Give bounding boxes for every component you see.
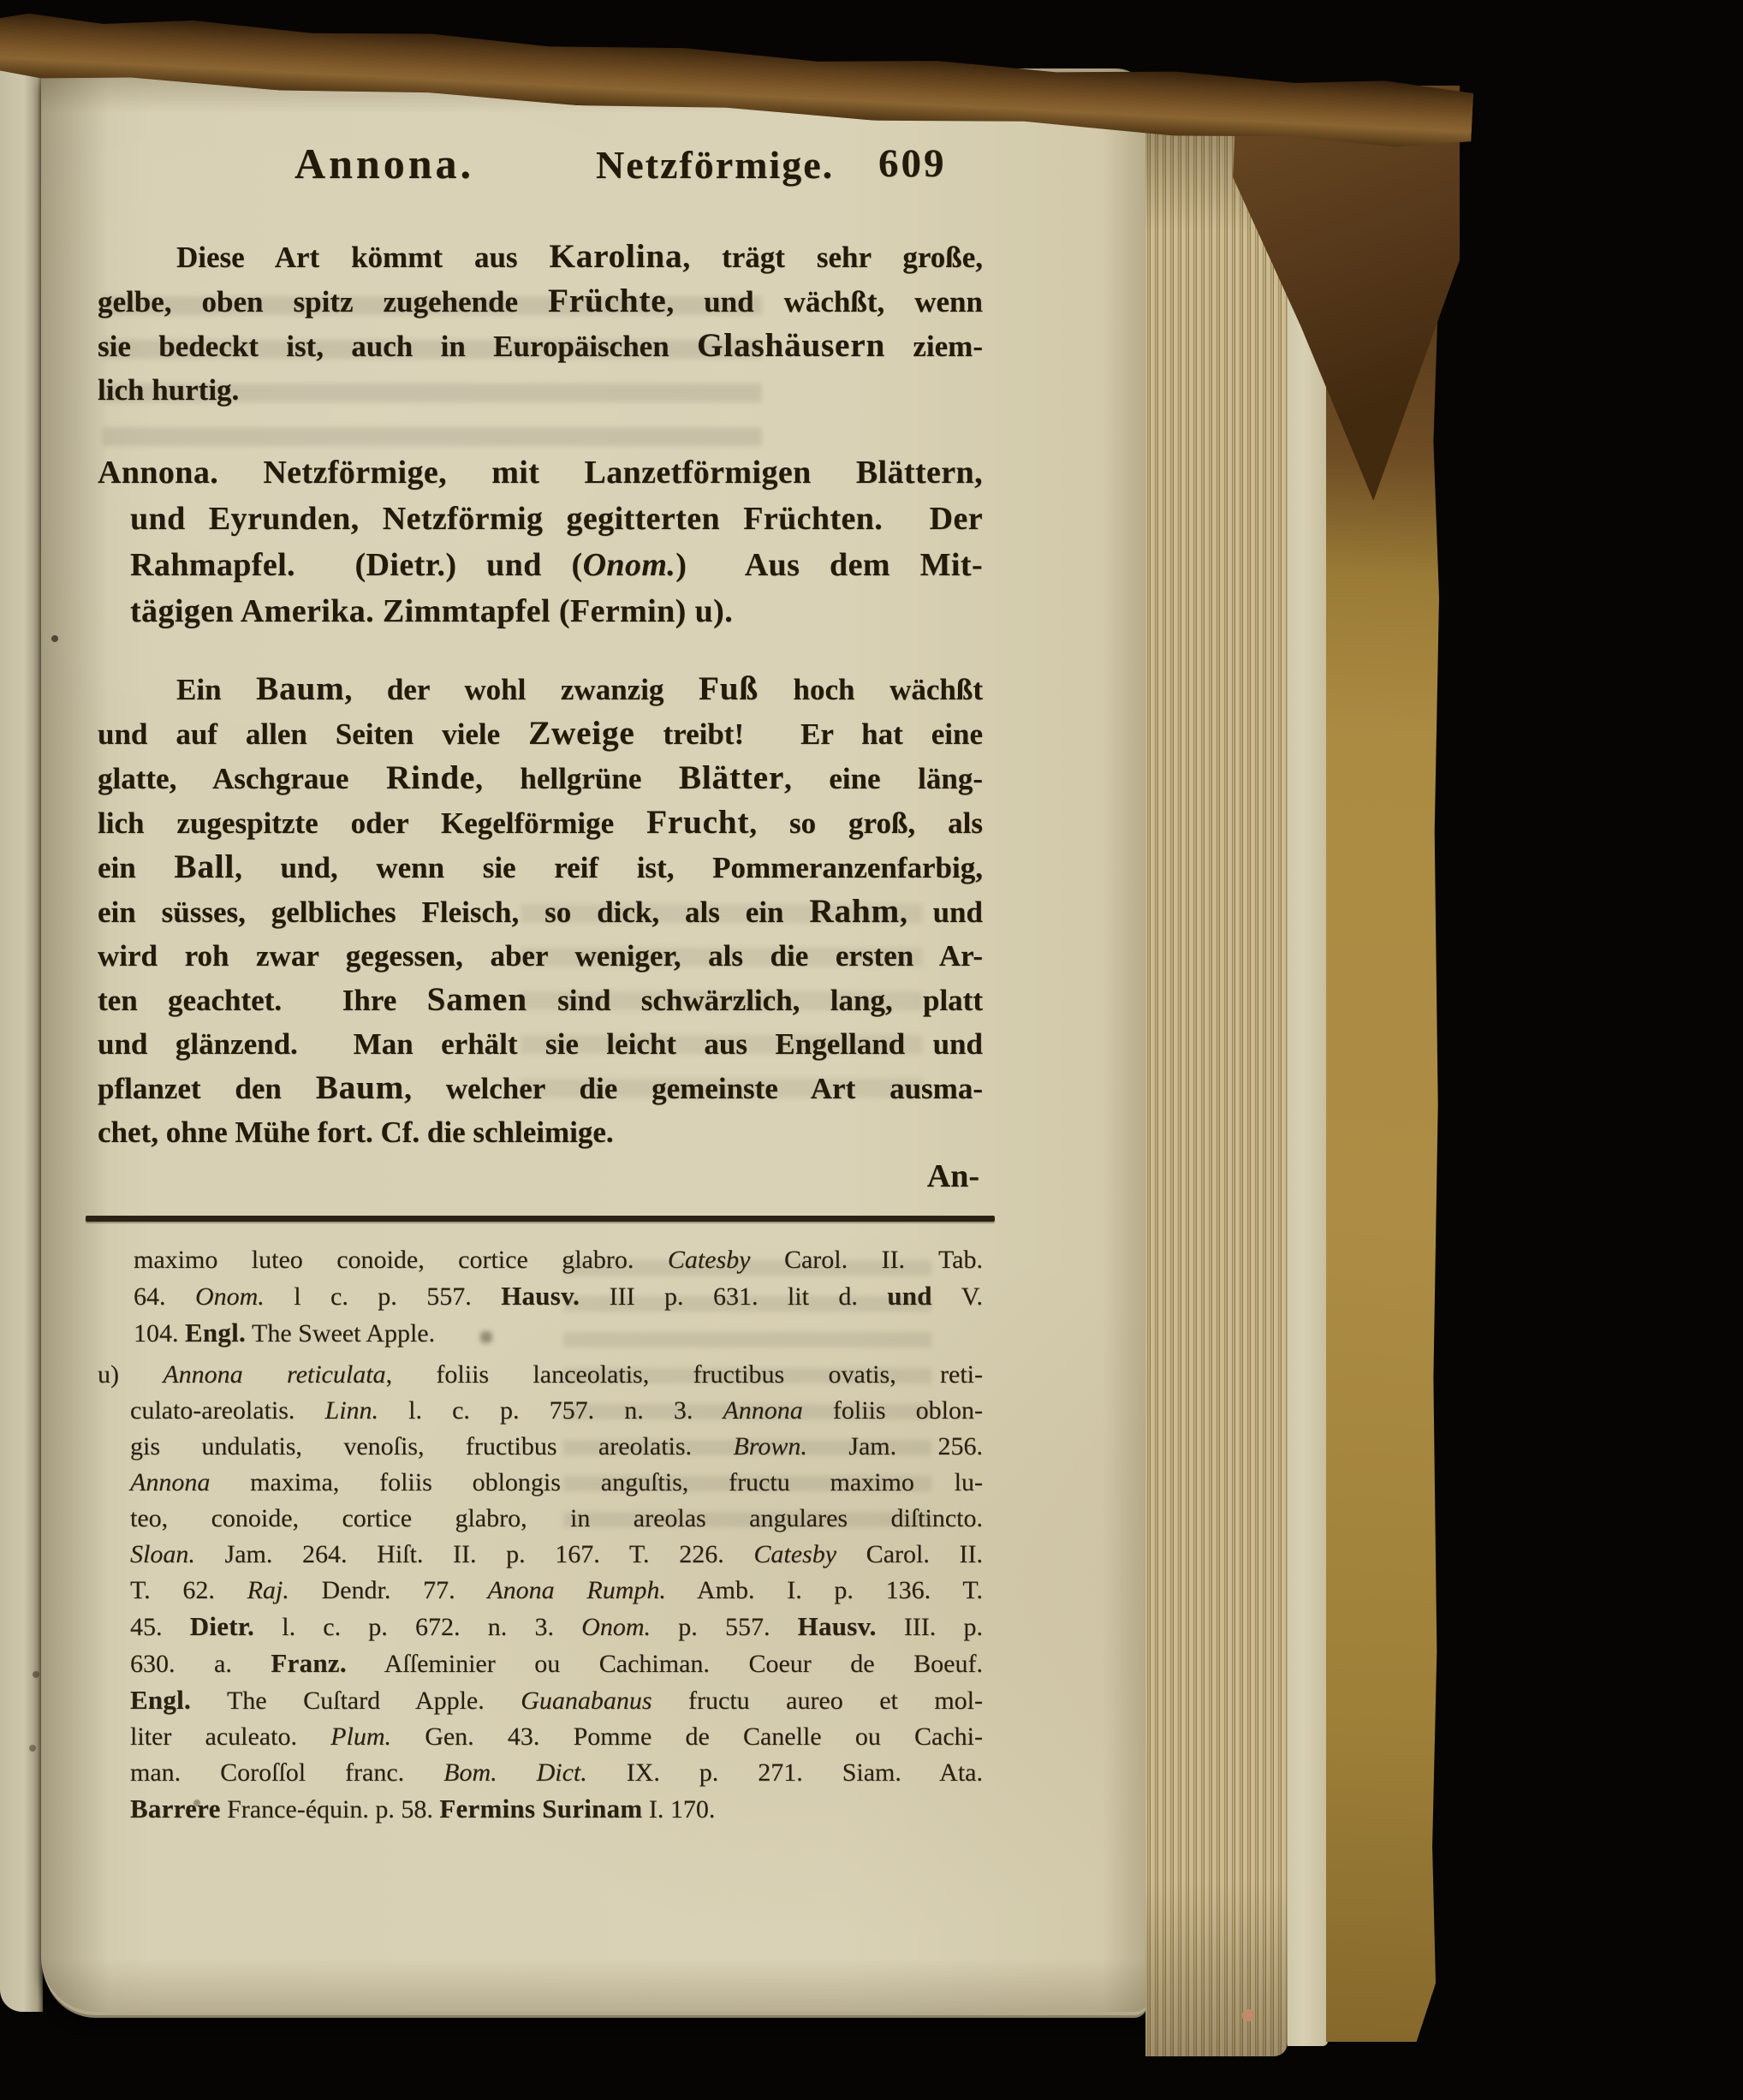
text-line: 45. Dietr. l. c. p. 672. n. 3. Onom. p. … bbox=[130, 1609, 983, 1645]
footnote-rule bbox=[86, 1216, 995, 1222]
text-line: Diese Art kömmt aus Karolina, trägt sehr… bbox=[176, 235, 983, 279]
back-flyleaf-edge bbox=[1288, 128, 1328, 2046]
book-page: Annona. Netzförmige. 609 Diese Art kömmt… bbox=[41, 68, 1150, 2012]
page-text: Annona. Netzförmige. 609 Diese Art kömmt… bbox=[86, 144, 995, 1828]
running-title-species: Netzförmige. bbox=[596, 142, 834, 187]
text-line: und glänzend. Man erhält sie leicht aus … bbox=[98, 1022, 983, 1066]
text-line: lich zugespitzte oder Kegelförmige Fruch… bbox=[98, 800, 983, 845]
catchword-row: An- bbox=[86, 1157, 995, 1197]
text-line: und auf allen Seiten viele Zweige treibt… bbox=[98, 711, 983, 756]
text-line: ten geachtet. Ihre Samen sind schwärzlic… bbox=[98, 978, 983, 1022]
footnotes: maximo luteo conoide, cortice glabro. Ca… bbox=[86, 1242, 995, 1828]
text-line: ein Ball, und, wenn sie reif ist, Pommer… bbox=[98, 845, 983, 889]
text-line: gis undulatis, venoſis, fructibus areola… bbox=[130, 1429, 983, 1465]
text-line: man. Coroſſol franc. Bom. Dict. IX. p. 2… bbox=[130, 1755, 983, 1791]
text-line: Rahmapfel. (Dietr.) und (Onom.) Aus dem … bbox=[130, 542, 983, 588]
page-header: Annona. Netzförmige. 609 bbox=[86, 144, 995, 190]
text-line: T. 62. Raj. Dendr. 77. Anona Rumph. Amb.… bbox=[130, 1573, 983, 1609]
paragraph-intro: Diese Art kömmt aus Karolina, trägt sehr… bbox=[86, 235, 995, 412]
text-line: pflanzet den Baum, welcher die gemeinste… bbox=[98, 1066, 983, 1110]
text-line: glatte, Aschgraue Rinde, hellgrüne Blätt… bbox=[98, 756, 983, 800]
text-line: und Eyrunden, Netzförmig gegitterten Frü… bbox=[130, 496, 983, 542]
fore-edge-pages bbox=[1145, 120, 1288, 2056]
text-line: culato-areolatis. Linn. l. c. p. 757. n.… bbox=[130, 1393, 983, 1429]
text-line: ein süsses, gelbliches Fleisch, so dick,… bbox=[98, 889, 983, 934]
left-page-edge bbox=[0, 51, 43, 2012]
text-line: wird roh zwar gegessen, aber weniger, al… bbox=[98, 934, 983, 978]
text-line: u) Annona reticulata, foliis lanceolatis… bbox=[98, 1357, 983, 1393]
body-text: Diese Art kömmt aus Karolina, trägt sehr… bbox=[86, 235, 995, 1154]
page-number: 609 bbox=[878, 140, 947, 187]
text-line: 630. a. Franz. Aſſeminier ou Cachiman. C… bbox=[130, 1645, 983, 1682]
text-line: Barrere France-équin. p. 58. Fermins Sur… bbox=[130, 1791, 983, 1828]
text-line: Annona. Netzförmige, mit Lanzetförmigen … bbox=[98, 449, 983, 496]
text-line: gelbe, oben spitz zugehende Früchte, und… bbox=[98, 279, 983, 324]
paragraph-description: Ein Baum, der wohl zwanzig Fuß hoch wäch… bbox=[86, 667, 995, 1154]
text-line: maximo luteo conoide, cortice glabro. Ca… bbox=[134, 1242, 983, 1278]
text-line: lich hurtig. bbox=[98, 368, 983, 412]
text-line: Ein Baum, der wohl zwanzig Fuß hoch wäch… bbox=[176, 667, 983, 711]
running-title-genus: Annona. bbox=[294, 139, 474, 188]
paragraph-entry: Annona. Netzförmige, mit Lanzetförmigen … bbox=[86, 449, 995, 634]
book-photo: Annona. Netzförmige. 609 Diese Art kömmt… bbox=[0, 0, 1743, 2100]
catchword: An- bbox=[927, 1158, 979, 1194]
text-line: tägigen Amerika. Zimmtapfel (Fermin) u). bbox=[130, 588, 983, 634]
text-line: Engl. The Cuſtard Apple. Guanabanus fruc… bbox=[130, 1682, 983, 1719]
text-line: sie bedeckt ist, auch in Europäischen Gl… bbox=[98, 324, 983, 368]
ink-specks bbox=[0, 0, 3, 3]
text-line: 104. Engl. The Sweet Apple. bbox=[134, 1315, 983, 1352]
paragraph-fn-note: u) Annona reticulata, foliis lanceolatis… bbox=[86, 1357, 995, 1828]
text-line: Sloan. Jam. 264. Hiſt. II. p. 167. T. 22… bbox=[130, 1537, 983, 1573]
text-line: liter aculeato. Plum. Gen. 43. Pomme de … bbox=[130, 1719, 983, 1755]
text-line: chet, ohne Mühe fort. Cf. die schleimige… bbox=[98, 1110, 983, 1154]
text-line: 64. Onom. l c. p. 557. Hausv. III p. 631… bbox=[134, 1278, 983, 1315]
text-line: Annona maxima, foliis oblongis anguſtis,… bbox=[130, 1465, 983, 1501]
text-line: teo, conoide, cortice glabro, in areolas… bbox=[130, 1501, 983, 1537]
paragraph-fn-cont: maximo luteo conoide, cortice glabro. Ca… bbox=[86, 1242, 995, 1352]
